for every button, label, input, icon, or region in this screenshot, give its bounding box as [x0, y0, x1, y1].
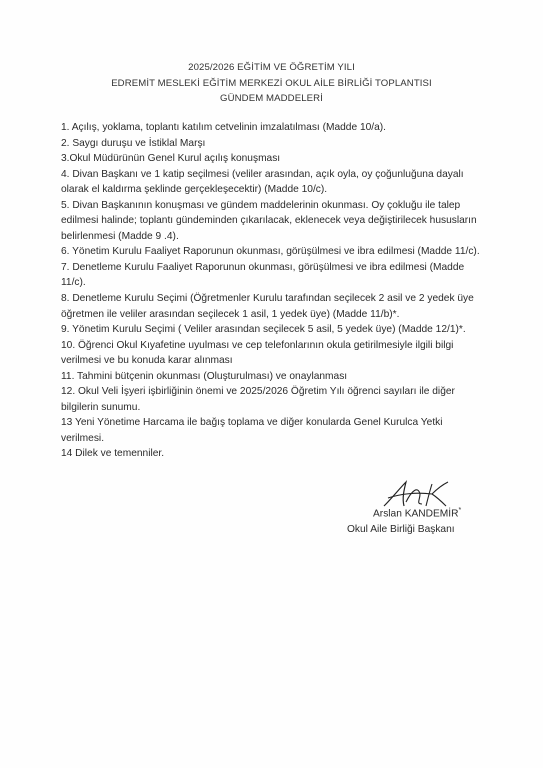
document-page: 2025/2026 EĞİTİM VE ÖĞRETİM YILI EDREMİT… — [0, 0, 543, 768]
agenda-item: 4. Divan Başkanı ve 1 katip seçilmesi (v… — [61, 167, 501, 198]
agenda-item-line: 5. Divan Başkanının konuşması ve gündem … — [61, 198, 501, 214]
agenda-item-line: 6. Yönetim Kurulu Faaliyet Raporunun oku… — [61, 244, 501, 260]
signer-name-text: Arslan KANDEMİR — [373, 508, 458, 519]
agenda-item: 10. Öğrenci Okul Kıyafetine uyulması ve … — [61, 338, 501, 369]
agenda-item-line: 4. Divan Başkanı ve 1 katip seçilmesi (v… — [61, 167, 501, 183]
agenda-item-line: öğretmen ile veliler arasından seçilecek… — [61, 307, 501, 323]
agenda-item-line: 12. Okul Veli İşyeri işbirliğinin önemi … — [61, 384, 501, 400]
agenda-item-line: 7. Denetleme Kurulu Faaliyet Raporunun o… — [61, 260, 501, 276]
agenda-item: 9. Yönetim Kurulu Seçimi ( Veliler arası… — [61, 322, 501, 338]
agenda-item: 8. Denetleme Kurulu Seçimi (Öğretmenler … — [61, 291, 501, 322]
agenda-item: 12. Okul Veli İşyeri işbirliğinin önemi … — [61, 384, 501, 415]
handwritten-signature-icon — [382, 480, 452, 510]
agenda-item: 11. Tahmini bütçenin okunması (Oluşturul… — [61, 369, 501, 385]
agenda-item-line: 10. Öğrenci Okul Kıyafetine uyulması ve … — [61, 338, 501, 354]
signature-mark-asterisk: * — [458, 507, 461, 514]
document-title: 2025/2026 EĞİTİM VE ÖĞRETİM YILI EDREMİT… — [0, 60, 543, 107]
agenda-item: 13 Yeni Yönetime Harcama ile bağış topla… — [61, 415, 501, 446]
agenda-item-line: 2. Saygı duruşu ve İstiklal Marşı — [61, 136, 501, 152]
agenda-item-line: bilgilerin sunumu. — [61, 400, 501, 416]
title-line-institution: EDREMİT MESLEKİ EĞİTİM MERKEZİ OKUL AİLE… — [0, 76, 543, 92]
agenda-item-line: olarak el kaldırma şeklinde gerçekleşece… — [61, 182, 501, 198]
agenda-item-line: 13 Yeni Yönetime Harcama ile bağış topla… — [61, 415, 501, 431]
agenda-item-line: 8. Denetleme Kurulu Seçimi (Öğretmenler … — [61, 291, 501, 307]
signer-name: Arslan KANDEMİR* — [373, 507, 461, 519]
title-line-agenda: GÜNDEM MADDELERİ — [0, 91, 543, 107]
agenda-item-line: 3.Okul Müdürünün Genel Kurul açılış konu… — [61, 151, 501, 167]
agenda-item-line: 11/c). — [61, 275, 501, 291]
agenda-item-line: belirlenmesi (Madde 9 .4). — [61, 229, 501, 245]
agenda-item-line: verilmesi ve bu konuda karar alınması — [61, 353, 501, 369]
agenda-item: 6. Yönetim Kurulu Faaliyet Raporunun oku… — [61, 244, 501, 260]
agenda-item: 1. Açılış, yoklama, toplantı katılım cet… — [61, 120, 501, 136]
agenda-item-line: edilmesi halinde; toplantı gündeminden ç… — [61, 213, 501, 229]
agenda-item: 7. Denetleme Kurulu Faaliyet Raporunun o… — [61, 260, 501, 291]
agenda-list: 1. Açılış, yoklama, toplantı katılım cet… — [61, 120, 501, 462]
agenda-item-line: verilmesi. — [61, 431, 501, 447]
agenda-item: 5. Divan Başkanının konuşması ve gündem … — [61, 198, 501, 245]
title-line-year: 2025/2026 EĞİTİM VE ÖĞRETİM YILI — [0, 60, 543, 76]
agenda-item: 3.Okul Müdürünün Genel Kurul açılış konu… — [61, 151, 501, 167]
agenda-item: 14 Dilek ve temenniler. — [61, 446, 501, 462]
agenda-item-line: 14 Dilek ve temenniler. — [61, 446, 501, 462]
signer-title: Okul Aile Birliği Başkanı — [347, 524, 455, 535]
agenda-item-line: 9. Yönetim Kurulu Seçimi ( Veliler arası… — [61, 322, 501, 338]
agenda-item-line: 1. Açılış, yoklama, toplantı katılım cet… — [61, 120, 501, 136]
signature-block: Arslan KANDEMİR* Okul Aile Birliği Başka… — [360, 478, 510, 548]
agenda-item-line: 11. Tahmini bütçenin okunması (Oluşturul… — [61, 369, 501, 385]
agenda-item: 2. Saygı duruşu ve İstiklal Marşı — [61, 136, 501, 152]
